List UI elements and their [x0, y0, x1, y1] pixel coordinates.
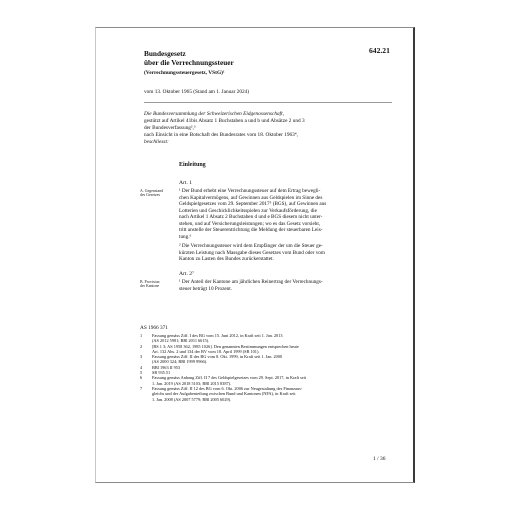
preamble-line-2: gestützt auf Artikel 41bis Absatz 1 Buch… [144, 118, 305, 125]
as-reference: AS 1966 371 [140, 325, 168, 331]
footnote-number: 3 [140, 354, 142, 359]
page-number: 1 / 36 [373, 456, 386, 462]
article-2-label: Art. 2⁷ [179, 271, 194, 277]
footnote-text: 1. Jan. 2008 (AS 2007 5779; BBl 2005 602… [152, 397, 231, 402]
text-line: steuer beträgt 10 Prozent. [179, 286, 391, 293]
text-line: tung.⁶ [179, 234, 391, 241]
short-title: (Verrechnungssteuergesetz, VStG)¹ [144, 70, 225, 76]
margin-note-b: B. Provision der Kantone [140, 280, 159, 289]
article-2-paragraph-1: ¹ Der Anteil der Kantone am jährlichen R… [179, 279, 391, 292]
article-1-label: Art. 1 [179, 180, 192, 186]
preamble-line-5: beschliesst: [144, 139, 169, 146]
sr-number: 642.21 [369, 46, 390, 55]
footnote-number: 6 [140, 375, 142, 380]
title-line-2: über die Verrechnungssteuer [144, 59, 234, 68]
section-heading: Einleitung [179, 162, 206, 168]
footnote-number: 2 [140, 344, 142, 349]
title-rule [144, 102, 392, 103]
preamble-line-4: nach Einsicht in eine Botschaft des Bund… [144, 132, 298, 139]
document-page: Bundesgesetz über die Verrechnungssteuer… [95, 27, 415, 483]
article-1-paragraph-2: ² Die Verrechnungssteuer wird dem Empfän… [179, 243, 391, 263]
preamble-line-1: Die Bundesversammlung der Schweizerische… [144, 111, 284, 118]
article-1-paragraph-1: ¹ Der Bund erhebt eine Verrechnungssteue… [179, 188, 391, 240]
date-line: vom 13. Oktober 1965 (Stand am 1. Januar… [144, 89, 249, 95]
preamble-line-3: der Bundesverfassung²,³ [144, 125, 195, 132]
footnote-number: 1 [140, 333, 142, 338]
text-line: Kanton zu Lasten des Bundes zurückerstat… [179, 256, 391, 263]
footnote-number: 7 [140, 386, 142, 391]
margin-note-a: A. Gegenstand des Gesetzes [140, 189, 163, 198]
